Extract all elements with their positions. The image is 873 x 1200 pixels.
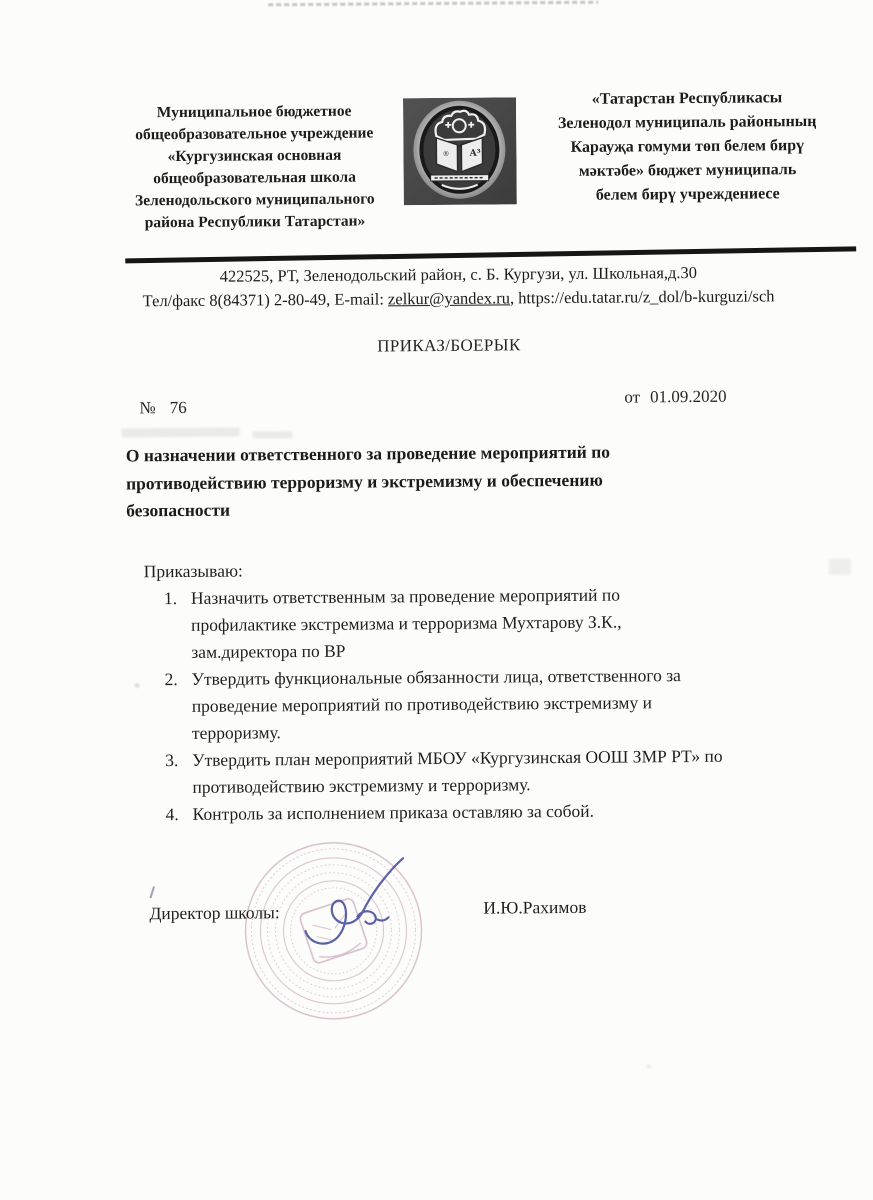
list-item: 1. Назначить ответственным за проведение… xyxy=(164,580,825,666)
order-number-value: 76 xyxy=(170,398,187,417)
school-emblem-icon: А³ ® xyxy=(403,97,517,205)
margin-smudge xyxy=(829,559,851,575)
svg-text:А³: А³ xyxy=(469,149,480,159)
order-subject: О назначении ответственного за проведени… xyxy=(126,437,827,525)
item-number: 3. xyxy=(165,747,192,801)
scan-content: Муниципальное бюджетное общеобразователь… xyxy=(0,0,873,1200)
order-date-value: 01.09.2020 xyxy=(650,387,727,407)
signer-name: И.Ю.Рахимов xyxy=(483,897,586,919)
list-item: 4. Контроль за исполнением приказа остав… xyxy=(166,796,826,828)
item-number: 4. xyxy=(166,801,193,828)
bleed-through-artifact xyxy=(253,431,293,438)
email-address: zelkur@yandex.ru xyxy=(388,288,510,308)
website-url: , https://edu.tatar.ru/z_dol/b-kurguzi/s… xyxy=(510,286,775,307)
order-number: №76 xyxy=(139,398,186,418)
item-text: Контроль за исполнением приказа оставляю… xyxy=(193,798,595,828)
date-label: от xyxy=(624,387,640,406)
item-text: Утвердить план мероприятий МБОУ «Кургузи… xyxy=(192,743,723,801)
order-body: Приказываю: 1. Назначить ответственным з… xyxy=(144,553,826,828)
signer-role-label: Директор школы: xyxy=(149,902,280,924)
org-name-tatar: «Татарстан Республикасы Зеленодол муници… xyxy=(520,86,855,209)
document-title: ПРИКАЗ/БОЕРЫК xyxy=(29,333,869,360)
bleed-through-artifact xyxy=(122,428,240,438)
item-number: 1. xyxy=(164,585,192,666)
scanned-order-document: Муниципальное бюджетное общеобразователь… xyxy=(0,0,873,1200)
item-text: Назначить ответственным за проведение ме… xyxy=(191,582,622,666)
number-sign: № xyxy=(139,398,155,417)
org-name-russian: Муниципальное бюджетное общеобразователь… xyxy=(95,100,414,234)
svg-text:®: ® xyxy=(442,150,449,158)
handwritten-signature-icon xyxy=(291,852,422,963)
paper-speck xyxy=(647,1064,651,1068)
phone-email-text: Тел/факс 8(84371) 2-80-49, E-mail: xyxy=(143,289,389,310)
order-items-list: 1. Назначить ответственным за проведение… xyxy=(144,580,826,828)
contact-block: 422525, РТ, Зеленодольский район, с. Б. … xyxy=(58,260,858,314)
order-date: от01.09.2020 xyxy=(624,387,726,408)
list-item: 2. Утвердить функциональные обязанности … xyxy=(164,661,825,747)
stray-ink-mark xyxy=(149,886,155,898)
item-number: 2. xyxy=(164,666,192,747)
margin-dot xyxy=(135,683,140,687)
scan-edge-artifact xyxy=(268,1,598,7)
contact-line: Тел/факс 8(84371) 2-80-49, E-mail: zelku… xyxy=(58,284,858,314)
item-text: Утвердить функциональные обязанности лиц… xyxy=(191,662,681,747)
list-item: 3. Утвердить план мероприятий МБОУ «Кург… xyxy=(165,742,825,801)
